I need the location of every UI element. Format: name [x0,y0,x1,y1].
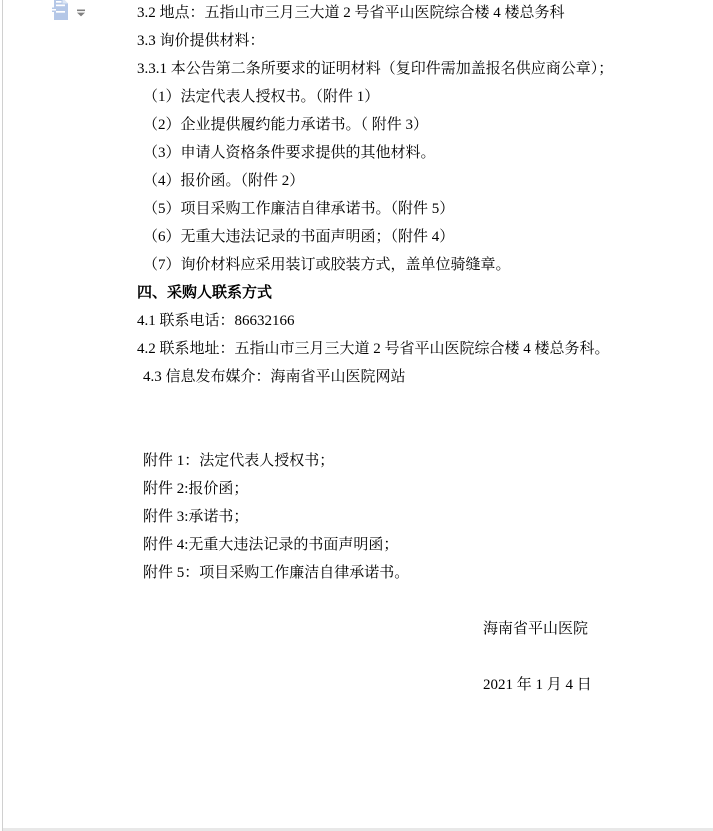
page-left-border [2,0,3,831]
doc-line: 3.2 地点：五指山市三月三大道 2 号省平山医院综合楼 4 楼总务科 [137,0,703,27]
doc-line: （2）企业提供履约能力承诺书。（ 附件 3） [137,111,703,139]
doc-line: 4.3 信息发布媒介：海南省平山医院网站 [137,363,703,391]
doc-line: （1）法定代表人授权书。（附件 1） [137,83,703,111]
document-page: 3.2 地点：五指山市三月三大道 2 号省平山医院综合楼 4 楼总务科3.3 询… [0,0,713,831]
paste-options-button[interactable] [52,0,88,23]
doc-line: 附件 2:报价函； [137,475,703,503]
doc-line: （3）申请人资格条件要求提供的其他材料。 [137,139,703,167]
document-content: 3.2 地点：五指山市三月三大道 2 号省平山医院综合楼 4 楼总务科3.3 询… [137,0,703,699]
doc-line: 附件 4:无重大违法记录的书面声明函； [137,531,703,559]
doc-line: 3.3 询价提供材料： [137,27,703,55]
doc-line: 附件 3:承诺书； [137,503,703,531]
doc-line: （4）报价函。（附件 2） [137,167,703,195]
signature-line: 2021 年 1 月 4 日 [137,671,703,699]
doc-line: 4.1 联系电话：86632166 [137,307,703,335]
blank-line [137,587,703,615]
clipboard-paste-icon [52,0,69,21]
section-heading: 四、采购人联系方式 [137,279,703,307]
doc-line: 3.3.1 本公告第二条所要求的证明材料（复印件需加盖报名供应商公章）； [137,55,703,83]
signature-line: 海南省平山医院 [137,615,703,643]
doc-line: （5）项目采购工作廉洁自律承诺书。（附件 5） [137,195,703,223]
doc-line: （7）询价材料应采用装订或胶装方式，盖单位骑缝章。 [137,251,703,279]
blank-line [137,391,703,419]
doc-line: 附件 5：项目采购工作廉洁自律承诺书。 [137,559,703,587]
blank-line [137,419,703,447]
doc-line: 附件 1：法定代表人授权书； [137,447,703,475]
doc-line: （6）无重大违法记录的书面声明函；（附件 4） [137,223,703,251]
dropdown-arrow-icon [76,9,86,17]
blank-line [137,643,703,671]
doc-line: 4.2 联系地址：五指山市三月三大道 2 号省平山医院综合楼 4 楼总务科。 [137,335,703,363]
